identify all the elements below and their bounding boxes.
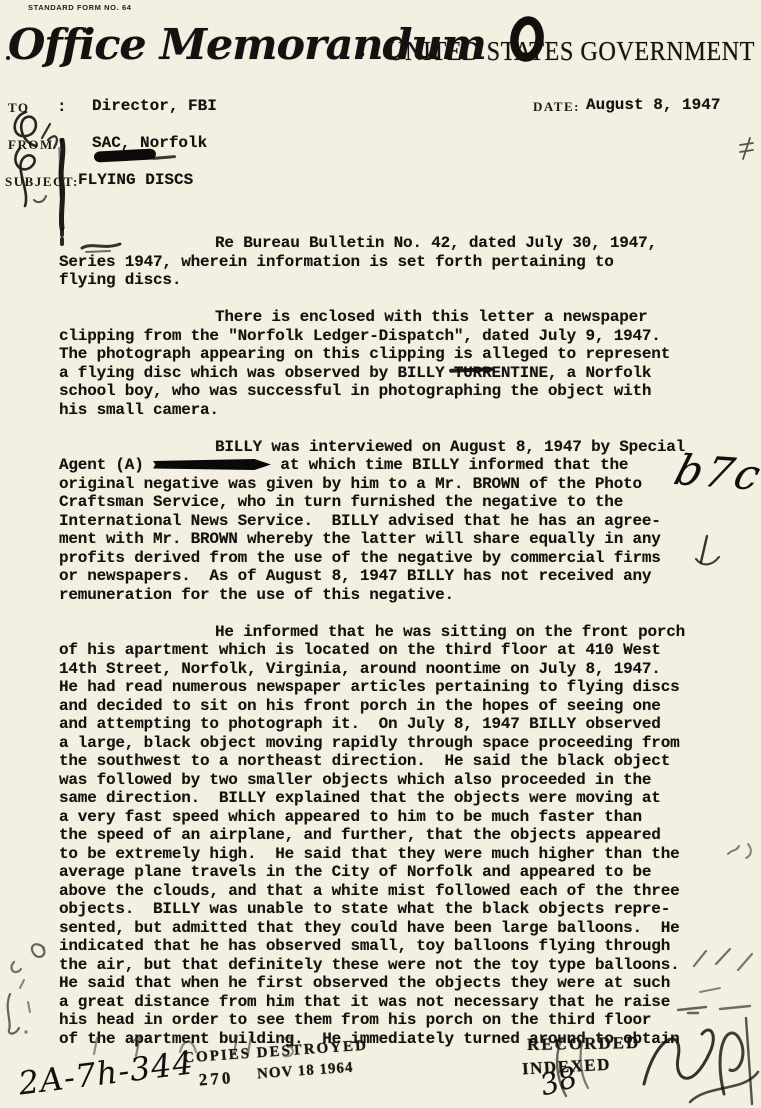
subject-value: FLYING DISCS — [78, 171, 193, 190]
redaction-bar-agent-name — [153, 459, 271, 470]
title-separator-bullet: • — [358, 44, 365, 67]
memo-page: STANDARD FORM NO. 64 Office Memorandum •… — [0, 0, 761, 1108]
ink-streak — [53, 138, 73, 248]
copies-destroyed-number: 270 — [198, 1068, 234, 1090]
copies-destroyed-date: NOV 18 1964 — [257, 1060, 355, 1087]
paragraph-sighting-account: He informed that he was sitting on the f… — [59, 623, 727, 1049]
date-label: DATE: — [533, 99, 580, 115]
margin-tick-mark — [736, 136, 758, 162]
margin-small-mark — [724, 840, 758, 862]
paragraph-interview: BILLY was interviewed on August 8, 1947 … — [59, 438, 727, 605]
pencil-strike-mark — [80, 238, 124, 256]
pencil-slash-marks — [686, 946, 760, 1002]
date-value: August 8, 1947 — [586, 96, 720, 115]
to-value: Director, FBI — [92, 97, 217, 116]
margin-exemption-code: b7c — [669, 445, 761, 499]
paragraph-newspaper-clipping: There is enclosed with this letter a new… — [59, 308, 727, 419]
form-number: STANDARD FORM NO. 64 — [28, 3, 132, 12]
paragraph-interview-after-redaction: at which time BILLY informed that the or… — [59, 456, 661, 604]
left-margin-scribbles — [2, 936, 66, 1040]
memo-body: Re Bureau Bulletin No. 42, dated July 30… — [59, 234, 727, 1067]
memo-title-government: UNITED STATES GOVERNMENT — [387, 36, 755, 67]
bottom-right-scribbles — [626, 1012, 761, 1108]
margin-check-mark — [692, 532, 724, 574]
redaction-blob-tail — [152, 155, 176, 160]
ink-blot-o — [505, 14, 549, 64]
pen-curve-marks — [552, 1034, 596, 1106]
paragraph-re-bulletin: Re Bureau Bulletin No. 42, dated July 30… — [59, 234, 727, 290]
redaction-blob — [94, 148, 156, 162]
